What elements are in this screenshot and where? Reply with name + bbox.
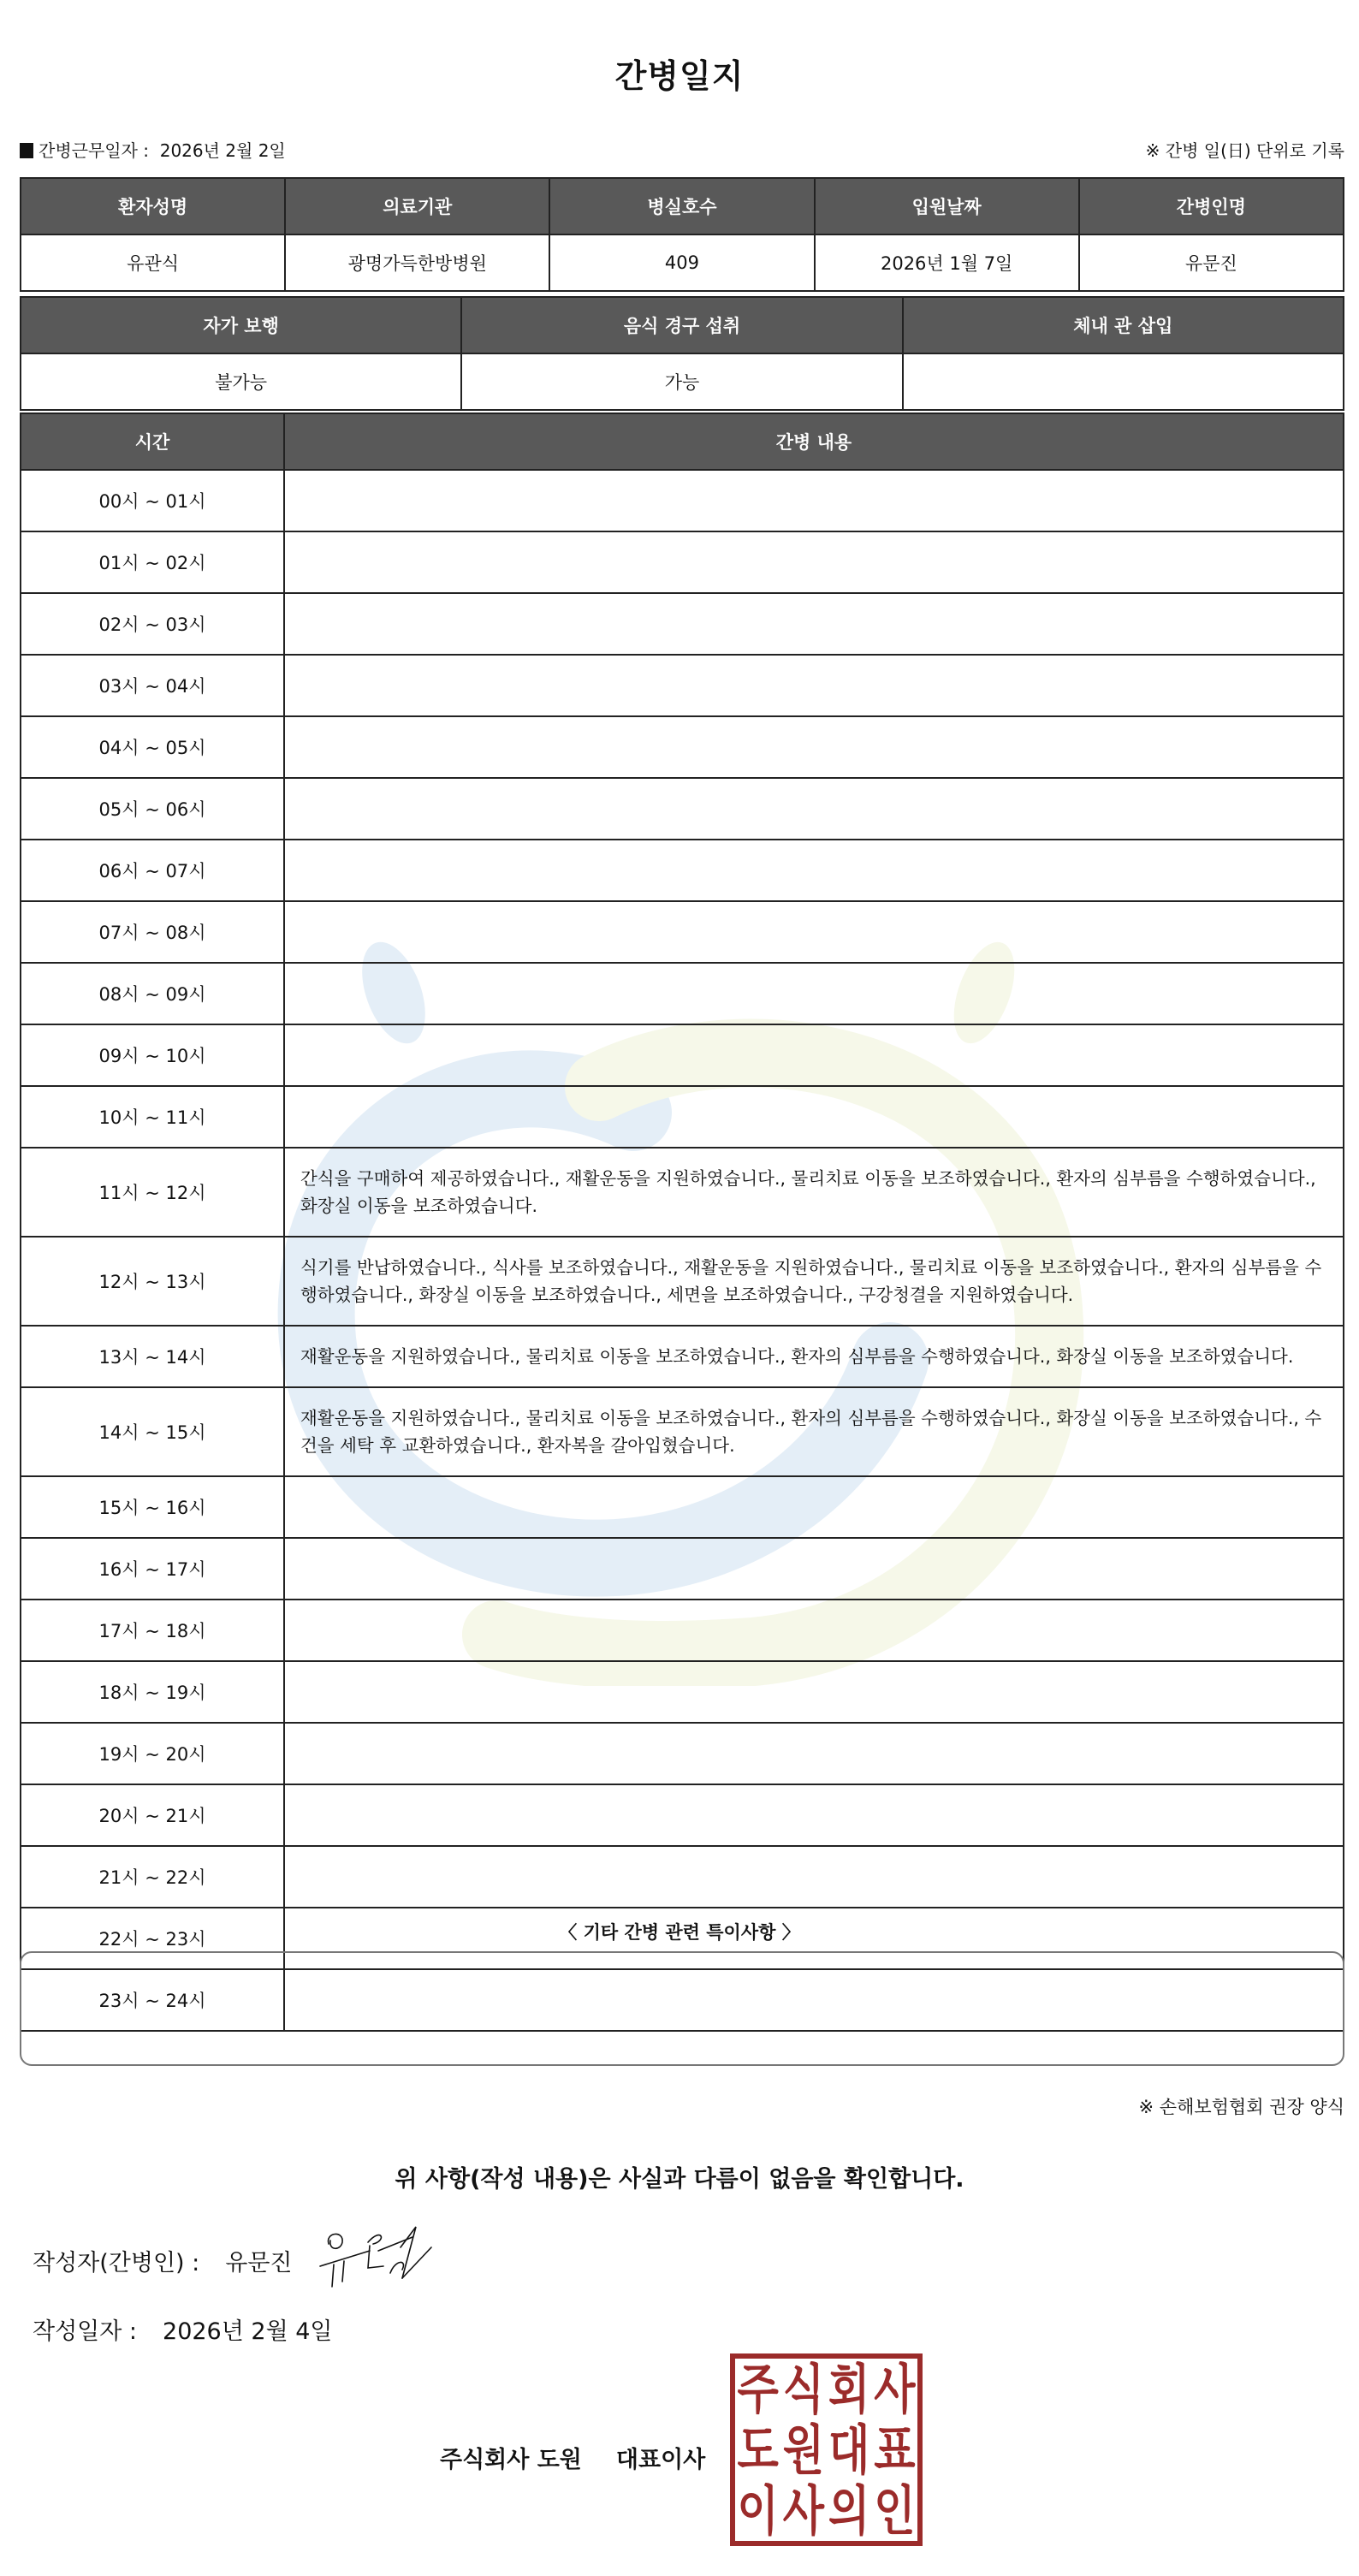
header-self-walking: 자가 보행 (21, 297, 461, 353)
time-cell: 15시 ~ 16시 (21, 1476, 284, 1538)
admission-date-cell: 2026년 1월 7일 (815, 234, 1079, 291)
care-content-cell (284, 1846, 1344, 1908)
company-name: 주식회사 도원 (440, 2447, 582, 2473)
stamp-character: 사 (780, 2472, 826, 2549)
care-log-row: 12시 ~ 13시식기를 반납하였습니다., 식사를 보조하였습니다., 재활운… (21, 1237, 1344, 1326)
care-content-cell (284, 901, 1344, 963)
care-log-row: 10시 ~ 11시 (21, 1086, 1344, 1148)
care-content-cell (284, 840, 1344, 901)
care-content-cell (284, 470, 1344, 531)
room-number-cell: 409 (549, 234, 814, 291)
time-cell: 09시 ~ 10시 (21, 1024, 284, 1086)
recommend-note: ※ 손해보험협회 권장 양식 (1139, 2093, 1344, 2119)
writer-line: 작성자(간병인) :유문진 (33, 2244, 293, 2277)
care-content-cell (284, 778, 1344, 840)
care-content-cell: 간식을 구매하여 제공하였습니다., 재활운동을 지원하였습니다., 물리치료 … (284, 1148, 1344, 1237)
time-cell: 21시 ~ 22시 (21, 1846, 284, 1908)
time-cell: 00시 ~ 01시 (21, 470, 284, 531)
care-log-row: 02시 ~ 03시 (21, 593, 1344, 655)
unit-note: ※ 간병 일(日) 단위로 기록 (1146, 137, 1344, 162)
time-cell: 11시 ~ 12시 (21, 1148, 284, 1237)
care-log-row: 06시 ~ 07시 (21, 840, 1344, 901)
hospital-cell: 광명가득한방병원 (285, 234, 549, 291)
company-seal-stamp: 주식회사도원대표이사의인 (730, 2353, 923, 2546)
care-content-cell (284, 593, 1344, 655)
care-content-cell (284, 1600, 1344, 1661)
caregiver-name-cell: 유문진 (1079, 234, 1344, 291)
care-log-row: 04시 ~ 05시 (21, 716, 1344, 778)
oral-intake-cell: 가능 (461, 353, 902, 410)
care-log-row: 16시 ~ 17시 (21, 1538, 1344, 1600)
care-log-row: 00시 ~ 01시 (21, 470, 1344, 531)
care-content-cell (284, 1086, 1344, 1148)
care-content-cell (284, 1476, 1344, 1538)
time-cell: 12시 ~ 13시 (21, 1237, 284, 1326)
time-cell: 07시 ~ 08시 (21, 901, 284, 963)
care-content-cell: 재활운동을 지원하였습니다., 물리치료 이동을 보조하였습니다., 환자의 심… (284, 1326, 1344, 1387)
write-date-value: 2026년 2월 4일 (163, 2318, 332, 2345)
care-log-table: 시간 간병 내용 00시 ~ 01시01시 ~ 02시02시 ~ 03시03시 … (20, 413, 1344, 2032)
care-content-cell (284, 655, 1344, 716)
care-content-cell (284, 716, 1344, 778)
time-cell: 18시 ~ 19시 (21, 1661, 284, 1723)
work-date-value: 2026년 2월 2일 (160, 140, 286, 161)
care-content-cell (284, 1784, 1344, 1846)
ceo-title: 대표이사 (616, 2447, 705, 2473)
care-log-row: 15시 ~ 16시 (21, 1476, 1344, 1538)
status-info-table: 자가 보행 음식 경구 섭취 체내 관 삽입 불가능 가능 (20, 296, 1344, 411)
header-caregiver-name: 간병인명 (1079, 178, 1344, 234)
work-date-label: 간병근무일자 : (39, 140, 149, 161)
time-cell: 02시 ~ 03시 (21, 593, 284, 655)
time-cell: 20시 ~ 21시 (21, 1784, 284, 1846)
stamp-character: 인 (872, 2472, 917, 2549)
writer-label: 작성자(간병인) : (33, 2250, 199, 2276)
patient-info-table: 환자성명 의료기관 병실호수 입원날짜 간병인명 유관식 광명가득한방병원 40… (20, 177, 1344, 292)
care-content-cell: 재활운동을 지원하였습니다., 물리치료 이동을 보조하였습니다., 환자의 심… (284, 1387, 1344, 1476)
time-cell: 13시 ~ 14시 (21, 1326, 284, 1387)
writer-name: 유문진 (225, 2250, 292, 2276)
time-cell: 04시 ~ 05시 (21, 716, 284, 778)
care-log-row: 09시 ~ 10시 (21, 1024, 1344, 1086)
care-log-row: 21시 ~ 22시 (21, 1846, 1344, 1908)
care-content-cell (284, 963, 1344, 1024)
time-cell: 08시 ~ 09시 (21, 963, 284, 1024)
care-content-cell: 식기를 반납하였습니다., 식사를 보조하였습니다., 재활운동을 지원하였습니… (284, 1237, 1344, 1326)
square-bullet-icon (20, 143, 33, 158)
stamp-character: 의 (827, 2472, 872, 2549)
time-cell: 10시 ~ 11시 (21, 1086, 284, 1148)
care-log-row: 08시 ~ 09시 (21, 963, 1344, 1024)
care-log-row: 20시 ~ 21시 (21, 1784, 1344, 1846)
time-cell: 01시 ~ 02시 (21, 531, 284, 593)
care-content-cell (284, 531, 1344, 593)
header-patient-name: 환자성명 (21, 178, 285, 234)
care-log-row: 03시 ~ 04시 (21, 655, 1344, 716)
time-cell: 06시 ~ 07시 (21, 840, 284, 901)
header-care-content: 간병 내용 (284, 413, 1344, 470)
work-date-line: 간병근무일자 : 2026년 2월 2일 (20, 137, 286, 162)
write-date-line: 작성일자 :2026년 2월 4일 (33, 2312, 333, 2346)
care-log-row: 19시 ~ 20시 (21, 1723, 1344, 1784)
header-room-number: 병실호수 (549, 178, 814, 234)
notes-title: 〈 기타 간병 관련 특이사항 〉 (0, 1919, 1359, 1944)
time-cell: 14시 ~ 15시 (21, 1387, 284, 1476)
header-oral-intake: 음식 경구 섭취 (461, 297, 902, 353)
time-cell: 19시 ~ 20시 (21, 1723, 284, 1784)
care-log-row: 18시 ~ 19시 (21, 1661, 1344, 1723)
header-hospital: 의료기관 (285, 178, 549, 234)
care-log-row: 11시 ~ 12시간식을 구매하여 제공하였습니다., 재활운동을 지원하였습니… (21, 1148, 1344, 1237)
care-log-row: 07시 ~ 08시 (21, 901, 1344, 963)
signature-icon (318, 2225, 472, 2294)
care-log-row: 14시 ~ 15시재활운동을 지원하였습니다., 물리치료 이동을 보조하였습니… (21, 1387, 1344, 1476)
care-log-row: 05시 ~ 06시 (21, 778, 1344, 840)
tube-insertion-cell (903, 353, 1344, 410)
notes-box (20, 1951, 1344, 2066)
confirmation-statement: 위 사항(작성 내용)은 사실과 다름이 없음을 확인합니다. (0, 2160, 1359, 2193)
time-cell: 03시 ~ 04시 (21, 655, 284, 716)
time-cell: 16시 ~ 17시 (21, 1538, 284, 1600)
care-content-cell (284, 1024, 1344, 1086)
stamp-character: 이 (735, 2472, 780, 2549)
care-log-row: 01시 ~ 02시 (21, 531, 1344, 593)
write-date-label: 작성일자 : (33, 2318, 137, 2345)
document-title: 간병일지 (0, 50, 1359, 97)
company-line: 주식회사 도원대표이사 (440, 2441, 705, 2474)
care-content-cell (284, 1723, 1344, 1784)
time-cell: 17시 ~ 18시 (21, 1600, 284, 1661)
care-content-cell (284, 1661, 1344, 1723)
patient-name-cell: 유관식 (21, 234, 285, 291)
self-walking-cell: 불가능 (21, 353, 461, 410)
header-admission-date: 입원날짜 (815, 178, 1079, 234)
care-content-cell (284, 1538, 1344, 1600)
care-log-row: 13시 ~ 14시재활운동을 지원하였습니다., 물리치료 이동을 보조하였습니… (21, 1326, 1344, 1387)
header-time: 시간 (21, 413, 284, 470)
header-tube-insertion: 체내 관 삽입 (903, 297, 1344, 353)
care-log-row: 17시 ~ 18시 (21, 1600, 1344, 1661)
time-cell: 05시 ~ 06시 (21, 778, 284, 840)
